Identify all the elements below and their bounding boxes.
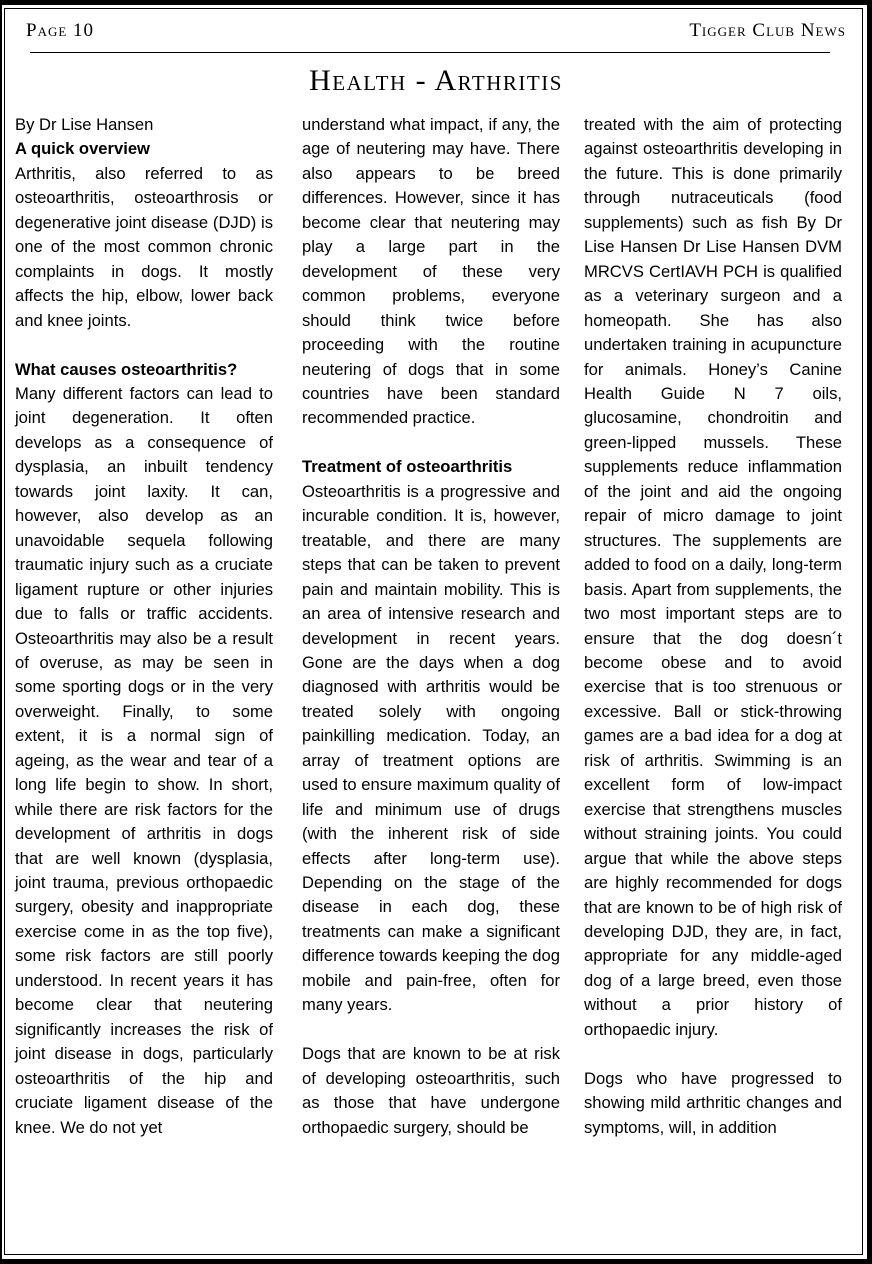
publication-name: Tigger Club News <box>689 20 846 42</box>
paragraph-treatment: Osteoarthritis is a progressive and incu… <box>302 480 560 1018</box>
spacer <box>302 431 560 455</box>
byline: By Dr Lise Hansen <box>15 113 273 137</box>
heading-causes: What causes osteoarthritis? <box>15 358 273 382</box>
column-3: treated with the aim of protecting again… <box>584 113 842 1140</box>
article-title: Health - Arthritis <box>0 64 872 98</box>
column-1: By Dr Lise Hansen A quick overview Arthr… <box>15 113 273 1140</box>
paragraph-overview: Arthritis, also referred to as osteoarth… <box>15 162 273 333</box>
spacer <box>302 1018 560 1042</box>
paragraph-risk-continued: treated with the aim of protecting again… <box>584 113 842 1042</box>
page-number: Page 10 <box>26 20 94 42</box>
heading-treatment: Treatment of osteoarthritis <box>302 455 560 479</box>
paragraph-causes-continued: understand what impact, if any, the age … <box>302 113 560 431</box>
heading-overview: A quick overview <box>15 137 273 161</box>
paragraph-progressed: Dogs who have progressed to showing mild… <box>584 1067 842 1140</box>
column-2: understand what impact, if any, the age … <box>302 113 560 1140</box>
header-divider <box>30 52 830 53</box>
spacer <box>584 1042 842 1066</box>
paragraph-risk: Dogs that are known to be at risk of dev… <box>302 1042 560 1140</box>
spacer <box>15 333 273 357</box>
paragraph-causes: Many different factors can lead to joint… <box>15 382 273 1140</box>
